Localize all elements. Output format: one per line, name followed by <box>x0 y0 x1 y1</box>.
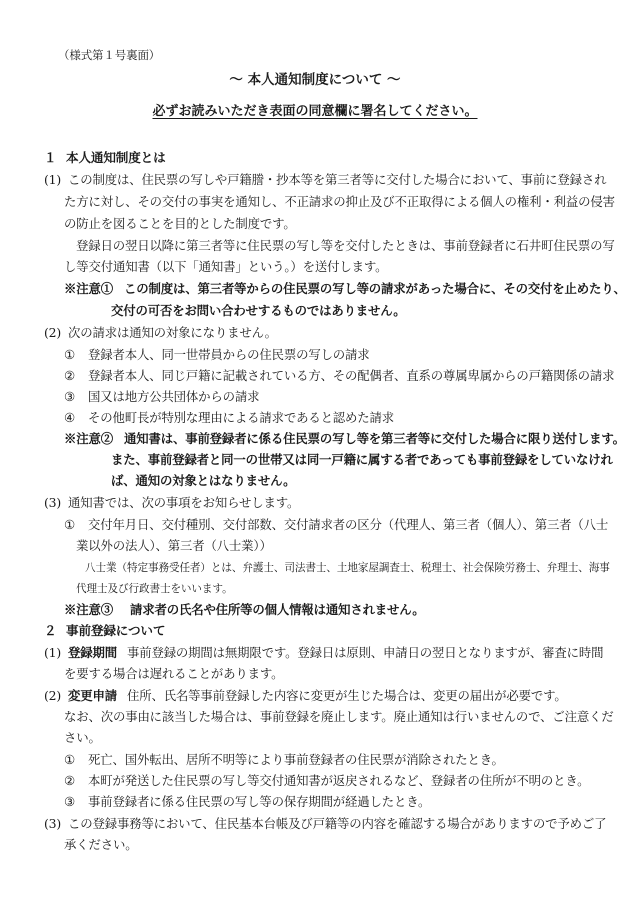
s1-item3-text: 通知書では、次の事項をお知らせします。 <box>68 495 299 511</box>
section2-title: 事前登録について <box>66 623 165 638</box>
s1-item3-list-marker-1: ① <box>64 517 75 533</box>
note2-line2: また、事前登録者と同一の世帯又は同一戸籍に属する者であっても事前登録をしていなけ… <box>111 452 613 468</box>
page-subtitle: 必ずお読みいただき表面の同意欄に署名してください。 <box>0 100 630 119</box>
section1-heading: １本人通知制度とは <box>44 150 166 166</box>
s2-item1-first: 登録期間事前登録の期間は無期限です。登録日は原則、申請日の翌日となりますが、審査… <box>68 645 603 661</box>
form-label: （様式第１号裏面） <box>58 47 160 63</box>
note1-line1: この制度は、第三者等からの住民票の写し等の請求があった場合に、その交付を止めたり… <box>124 281 626 297</box>
s2-item2-list-marker-2: ② <box>64 773 75 789</box>
s2-item3-line2: 承ください。 <box>64 837 137 853</box>
s2-item2-label: 変更申請 <box>68 688 117 703</box>
s2-item2-marker: (2) <box>44 688 61 704</box>
note1-line2: 交付の可否をお問い合わせするものではありません。 <box>111 303 406 319</box>
subtitle-text: 必ずお読みいただき表面の同意欄に署名してください。 <box>152 104 477 119</box>
note3-text: 請求者の氏名や住所等の個人情報は通知されません。 <box>130 602 425 618</box>
s1-item2-list-item-4: その他町長が特別な理由による請求であると認めた請求 <box>88 410 394 426</box>
s1-item2-list-marker-2: ② <box>64 368 75 384</box>
s1-item1-para2-line1: 登録日の翌日以降に第三者等に住民票の写し等を交付したときは、事前登録者に石井町住… <box>76 238 615 254</box>
s1-item2-list-marker-4: ④ <box>64 410 75 426</box>
s2-item2-para2-line1: なお、次の事由に該当した場合は、事前登録を廃止します。廃止通知は行いませんので、… <box>64 709 614 725</box>
note2-label: ※注意② <box>64 431 113 447</box>
s2-item2-para2-line2: さい。 <box>64 730 101 746</box>
s2-item2-list-marker-1: ① <box>64 752 75 768</box>
section2-number: ２ <box>44 623 66 639</box>
document-page: （様式第１号裏面） ～ 本人通知制度について ～ 必ずお読みいただき表面の同意欄… <box>0 0 630 903</box>
s1-item1-marker: (1) <box>44 172 61 188</box>
s1-item2-list-marker-1: ① <box>64 347 75 363</box>
s1-item1-line1: この制度は、住民票の写しや戸籍謄・抄本等を第三者等に交付した場合において、事前に… <box>68 172 606 188</box>
s1-item2-list-item-2: 登録者本人、同じ戸籍に記載されている方、その配偶者、直系の尊属卑属からの戸籍関係… <box>88 368 614 384</box>
note2-line3: ば、通知の対象とはなりません。 <box>111 473 295 489</box>
s1-item1-line2: た方に対し、その交付の事実を通知し、不正請求の抑止及び不正取得による個人の権利・… <box>64 194 615 210</box>
s1-item3-list-item-1-line2: 業以外の法人）、第三者（八士業）） <box>76 538 272 554</box>
s1-item3-list-item-1-line1: 交付年月日、交付種別、交付部数、交付請求者の区分（代理人、第三者（個人）、第三者… <box>88 517 608 533</box>
s2-item1-line1: 事前登録の期間は無期限です。登録日は原則、申請日の翌日となりますが、審査に時間 <box>127 645 603 660</box>
s1-item2-marker: (2) <box>44 325 61 341</box>
s2-item2-first: 変更申請住所、氏名等事前登録した内容に変更が生じた場合は、変更の届出が必要です。 <box>68 688 567 704</box>
section1-title: 本人通知制度とは <box>66 150 166 165</box>
s1-item1-line3: の防止を図ることを目的とした制度です。 <box>64 216 296 232</box>
note2-line1: 通知書は、事前登録者に係る住民票の写し等を第三者等に交付した場合に限り送付します… <box>124 431 625 447</box>
s2-item3-line1: この登録事務等において、住民基本台帳及び戸籍等の内容を確認する場合がありますので… <box>68 816 606 832</box>
s1-item2-list-item-3: 国又は地方公共団体からの請求 <box>88 389 259 405</box>
s1-item2-list-marker-3: ③ <box>64 389 75 405</box>
s2-item2-list-item-3: 事前登録者に係る住民票の写し等の保存期間が経過したとき。 <box>88 794 430 810</box>
s2-item1-marker: (1) <box>44 645 61 661</box>
s2-item2-list-item-1: 死亡、国外転出、居所不明等により事前登録者の住民票が消除されたとき。 <box>88 752 504 768</box>
footnote-line1: 八士業（特定事務受任者）とは、弁護士、司法書士、土地家屋調査士、税理士、社会保険… <box>85 560 610 576</box>
s1-item1-para2-line2: し等交付通知書（以下「通知書」という。）を送付します。 <box>64 259 387 275</box>
s2-item1-line2: を要する場合は遅れることがあります。 <box>64 666 283 682</box>
s2-item2-list-marker-3: ③ <box>64 794 75 810</box>
s1-item2-list-item-1: 登録者本人、同一世帯員からの住民票の写しの請求 <box>88 347 370 363</box>
s2-item2-text: 住所、氏名等事前登録した内容に変更が生じた場合は、変更の届出が必要です。 <box>127 688 567 703</box>
s2-item3-marker: (3) <box>44 816 61 832</box>
note3-label: ※注意③ <box>64 602 113 618</box>
page-title: ～ 本人通知制度について ～ <box>0 68 630 88</box>
note1-label: ※注意① <box>64 281 113 297</box>
section2-heading: ２事前登録について <box>44 623 165 639</box>
s2-item1-label: 登録期間 <box>68 645 117 660</box>
s2-item2-list-item-2: 本町が発送した住民票の写し等交付通知書が返戻されるなど、登録者の住所が不明のとき… <box>88 773 589 789</box>
footnote-line2: 代理士及び行政書士をいいます。 <box>76 581 233 597</box>
section1-number: １ <box>44 150 66 166</box>
s1-item2-text: 次の請求は通知の対象になりません。 <box>68 325 277 341</box>
s1-item3-marker: (3) <box>44 495 61 511</box>
